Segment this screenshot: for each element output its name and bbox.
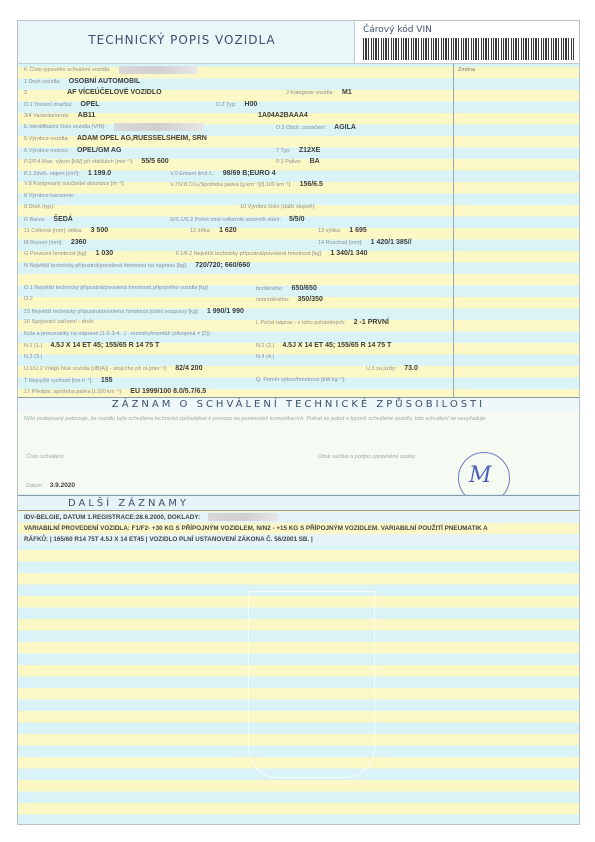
- row-wheels-header: Kola a pneumatiky na nápravě (1-2-3-4...…: [24, 329, 211, 340]
- row-track: 14 Rozchod [mm]:1 420/1 385//: [318, 237, 412, 248]
- document-title: TECHNICKÝ POPIS VOZIDLA: [18, 33, 346, 47]
- row-combination-weight: 15 Největší technicky přípustná/povolená…: [24, 306, 244, 317]
- row-trailer-unbraked: O.2: [24, 294, 33, 305]
- row-axles: L Počet náprav - z toho poháněných:2 -1 …: [256, 317, 389, 328]
- row-regulation: 17 Předpis, spotřeba paliva [l.100 km⁻¹]…: [24, 386, 206, 397]
- row-height: 13 výška:1 695: [318, 225, 367, 236]
- approval-section-title: ZÁZNAM O SCHVÁLENÍ TECHNICKÉ ZPŮSOBILOST…: [18, 397, 579, 413]
- date-label: Datum:3.9.2020: [26, 482, 75, 489]
- row-width: 12 šířka:1 620: [190, 225, 237, 236]
- row-line2: 2AF VÍCEÚČELOVÉ VOZIDLO: [24, 87, 162, 98]
- row-wheelbase: M Rozvor [mm]:2360: [24, 237, 86, 248]
- row-noise: U.1/U.2 Vnější hluk vozidla [dB(A)] - st…: [24, 363, 202, 374]
- row-noise-driving: U.3 za jízdy:73.0: [366, 363, 418, 374]
- row-variant: 3/4 Varianta/verze:AB11: [24, 110, 95, 121]
- row-category: J Kategorie vozidla:M1: [286, 87, 352, 98]
- vin-barcode-label: Čárový kód VIN: [363, 25, 432, 35]
- row-max-weight: F.1/F.2 Největší technicky přípustná/pov…: [176, 248, 367, 259]
- row-body-kind: 9 Druh (typ):: [24, 202, 55, 213]
- row-engine-maker: 6 Výrobce motoru:OPEL/GM AG: [24, 145, 121, 156]
- row-trailer-braked-value: brzděného:650/650: [256, 283, 317, 294]
- vin-barcode: [363, 38, 575, 60]
- row-length: 11 Celková [mm]: délka:3 500: [24, 225, 108, 236]
- redacted-vin: [114, 123, 204, 131]
- redacted-type-approval: [119, 66, 197, 74]
- row-displacement: P.1 Zdvih. objem [cm³]:1 199.0: [24, 168, 111, 179]
- row-power-weight: Q. Poměr výkon/hmotnost [kW.kg⁻¹]:: [256, 375, 345, 386]
- vin-barcode-box: Čárový kód VIN: [354, 21, 580, 63]
- row-color: R Barva:ŠEDÁ: [24, 214, 73, 225]
- row-vin: E Identifikační číslo vozidla (VIN):: [24, 122, 204, 133]
- row-trade-name: D.3 Obch. označení:AGILA: [276, 122, 356, 133]
- stamp-label: Otisk razítka a podpis oprávněné osoby:: [318, 454, 416, 460]
- row-vehicle-type: 1 Druh vozidla:OSOBNÍ AUTOMOBIL: [24, 76, 140, 87]
- row-n4: N.4 (4.): [256, 352, 274, 363]
- row-co2: V.7/V.8 CO₂/Spotřeba paliva [g.km⁻¹]/[l.…: [170, 179, 323, 190]
- row-max-speed: T Nejvyšší rychlost [km.h⁻¹]:155: [24, 375, 113, 386]
- row-n2: N.2 (2.)4.5J X 14 ET 45; 155/65 R 14 75 …: [256, 340, 391, 351]
- approval-statement: Níže podepsaný potvrzuje, že vozidlu byl…: [24, 416, 487, 422]
- row-manufacturer: 5 Výrobce vozidla:ADAM OPEL AG,RUESSELSH…: [24, 133, 207, 144]
- row-n3: N.3 (3.): [24, 352, 42, 363]
- row-type: D.2 Typ:H00: [216, 99, 257, 110]
- further-record-line-3: RÁFKŮ: | 165/60 R14 75T 4.5J X 14 ET45 |…: [18, 534, 579, 545]
- row-variant-code: 1A04A2BAAA4: [250, 110, 308, 121]
- approval-section: Níže podepsaný potvrzuje, že vozidlu byl…: [18, 412, 579, 494]
- row-make: D.1 Tovární značka:OPEL: [24, 99, 100, 110]
- row-type-approval: K Číslo typového schválení vozidla:: [24, 65, 197, 76]
- change-column-label: Změna: [458, 67, 475, 73]
- row-body-maker: 8 Výrobce karoserie:: [24, 191, 74, 202]
- row-operating-weight: G Provozní hmotnost [kg]:1 030: [24, 248, 113, 259]
- signature: M: [469, 463, 492, 488]
- further-record-line-1: IDV-BELGIE, DATUM 1.REGISTRACE:28.6.2000…: [18, 512, 579, 523]
- date-value: 3.9.2020: [50, 482, 75, 489]
- row-emission-limit: V.9 Emisní limit č.:98/69 B;EURO 4: [170, 168, 276, 179]
- further-records-title: DALŠÍ ZÁZNAMY: [18, 495, 579, 511]
- redacted-documents: [208, 513, 278, 521]
- row-serial-further: 10 Výrobní číslo (další stupeň):: [240, 202, 316, 213]
- row-engine-type: 7 Typ:Z12XE: [276, 145, 320, 156]
- watermark-crest: [248, 591, 375, 778]
- row-trailer-braked: O.1 Největší technicky přípustná/povolen…: [24, 283, 208, 294]
- row-trailer-unbraked-value: nebrzděného:350/350: [256, 294, 323, 305]
- approval-number-label: Číslo schválení:: [26, 454, 65, 460]
- vehicle-technical-description-document: TECHNICKÝ POPIS VOZIDLA Čárový kód VIN Z…: [17, 20, 580, 825]
- document-header: TECHNICKÝ POPIS VOZIDLA Čárový kód VIN: [18, 21, 579, 64]
- further-record-line-2: VARIABILNÍ PROVEDENÍ VOZIDLA: F1/F2- +30…: [18, 523, 579, 534]
- row-axle-weight: N Největší technicky přípustná/povolená …: [24, 260, 250, 271]
- row-max-power: P.2/P.4 Max. výkon [kW] při otáčkách [mi…: [24, 156, 169, 167]
- row-seats: S/S.1/S.2 Počet míst celkem/k sezení/k s…: [170, 214, 305, 225]
- change-column-divider: [453, 63, 454, 433]
- row-n1: N.1 (1.)4.5J X 14 ET 45; 155/65 R 14 75 …: [24, 340, 159, 351]
- row-absorption: V.8 Korigovaný součinitel absorpce [m⁻¹]…: [24, 179, 125, 190]
- row-coupling: 16 Spojovací zařízení - druh:: [24, 317, 94, 328]
- row-fuel: P.3 Palivo:BA: [276, 156, 320, 167]
